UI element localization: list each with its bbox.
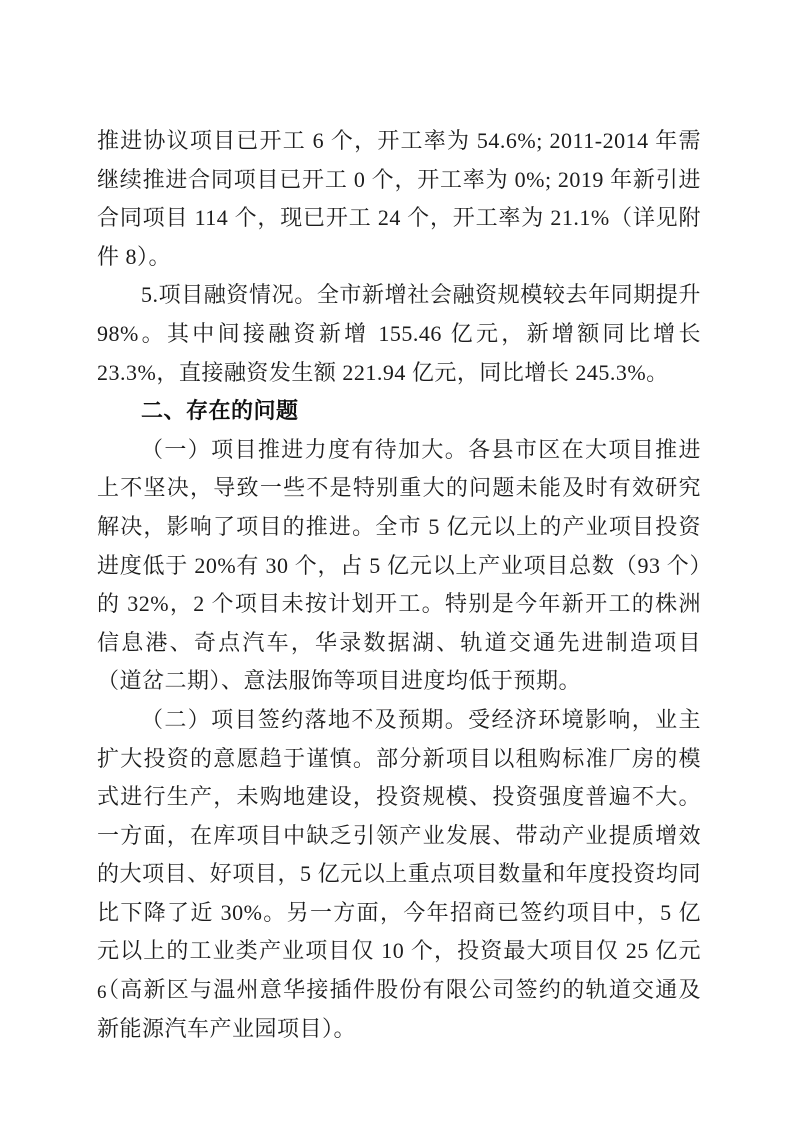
paragraph-problem-1-text: 各县市区在大项目推进上不坚决，导致一些不是特别重大的问题未能及时有效研究解决，影… xyxy=(97,437,701,694)
paragraph-project-start-rates: 推进协议项目已开工 6 个，开工率为 54.6%; 2011-2014 年需继续… xyxy=(97,122,701,276)
paragraph-project-financing: 5.项目融资情况。全市新增社会融资规模较去年同期提升 98%。其中间接融资新增 … xyxy=(97,276,701,392)
document-body: 推进协议项目已开工 6 个，开工率为 54.6%; 2011-2014 年需继续… xyxy=(97,122,701,1048)
section-heading-existing-problems: 二、存在的问题 xyxy=(97,392,701,431)
document-page: 推进协议项目已开工 6 个，开工率为 54.6%; 2011-2014 年需继续… xyxy=(0,0,793,1122)
paragraph-problem-2: （二）项目签约落地不及预期。受经济环境影响，业主扩大投资的意愿趋于谨慎。部分新项… xyxy=(97,701,701,1048)
paragraph-problem-2-text: 受经济环境影响，业主扩大投资的意愿趋于谨慎。部分新项目以租购标准厂房的模式进行生… xyxy=(97,707,701,1041)
paragraph-problem-1: （一）项目推进力度有待加大。各县市区在大项目推进上不坚决，导致一些不是特别重大的… xyxy=(97,431,701,701)
paragraph-problem-2-lead: （二）项目签约落地不及预期。 xyxy=(141,707,468,732)
page-number: 6 xyxy=(97,981,107,1005)
paragraph-problem-1-lead: （一）项目推进力度有待加大。 xyxy=(141,437,468,462)
